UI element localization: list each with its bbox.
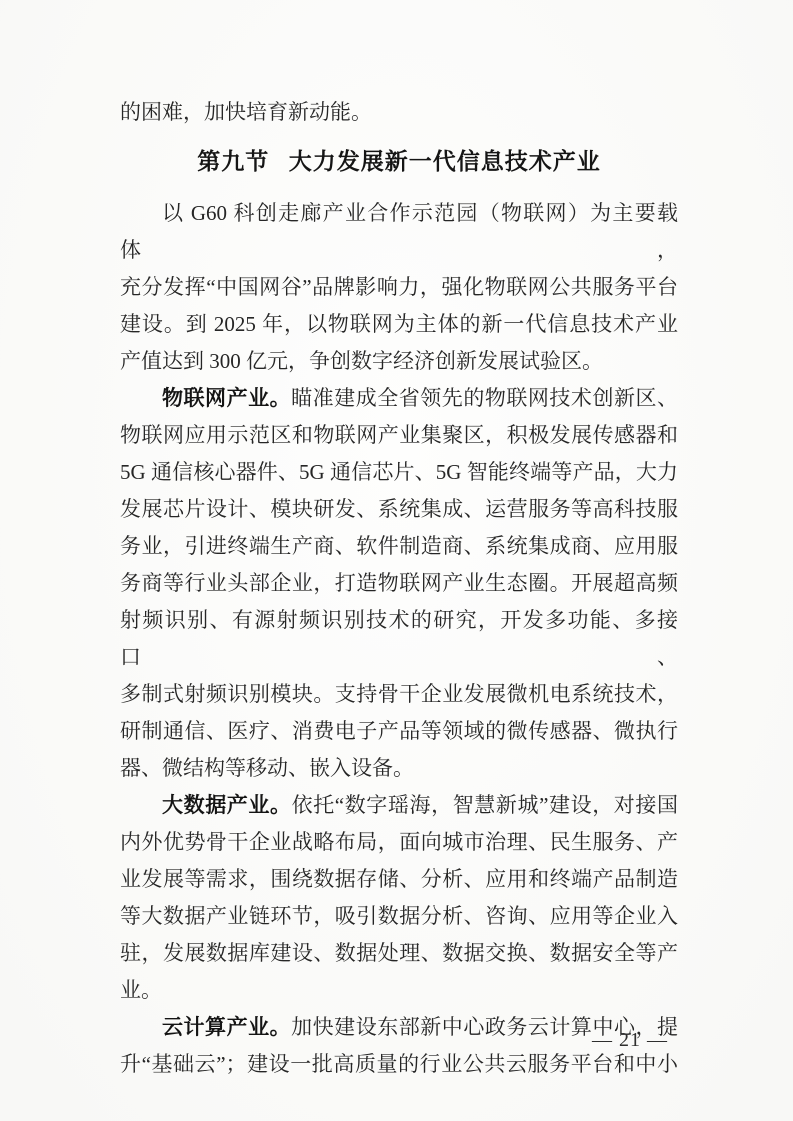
scanned-page: 的困难，加快培育新动能。 第九节大力发展新一代信息技术产业 以 G60 科创走廊…: [0, 0, 793, 1121]
body-line: 等大数据产业链环节，吸引数据分析、咨询、应用等企业入: [120, 898, 678, 935]
body-line: 射频识别、有源射频识别技术的研究，开发多功能、多接口、: [120, 602, 678, 676]
paragraph-lead: 云计算产业。: [162, 1016, 291, 1039]
body-line: 建设。到 2025 年，以物联网为主体的新一代信息技术产业: [120, 306, 678, 343]
paragraph-iot: 物联网产业。瞄准建成全省领先的物联网技术创新区、 物联网应用示范区和物联网产业集…: [120, 380, 678, 787]
page-number: — 21 —: [592, 1028, 678, 1052]
paragraph-lead: 物联网产业。: [162, 387, 291, 410]
section-number: 第九节: [197, 148, 269, 174]
body-line: 充分发挥“中国网谷”品牌影响力，强化物联网公共服务平台: [120, 269, 678, 306]
body-line: 产值达到 300 亿元，争创数字经济创新发展试验区。: [120, 343, 678, 380]
body-line: 物联网产业。瞄准建成全省领先的物联网技术创新区、: [120, 380, 678, 417]
body-line: 5G 通信核心器件、5G 通信芯片、5G 智能终端等产品，大力: [120, 454, 678, 491]
body-line-text: 依托“数字瑶海，智慧新城”建设，对接国: [292, 793, 678, 817]
paragraph-bigdata: 大数据产业。依托“数字瑶海，智慧新城”建设，对接国 内外优势骨干企业战略布局，面…: [120, 787, 678, 1009]
body-line: 以 G60 科创走廊产业合作示范园（物联网）为主要载体，: [120, 195, 678, 269]
opening-line: 的困难，加快培育新动能。: [120, 94, 678, 131]
body-line: 务商等行业头部企业，打造物联网产业生态圈。开展超高频: [120, 565, 678, 602]
body-line-text: 瞄准建成全省领先的物联网技术创新区、: [291, 386, 678, 410]
body-line: 业发展等需求，围绕数据存储、分析、应用和终端产品制造: [120, 861, 678, 898]
body-line: 大数据产业。依托“数字瑶海，智慧新城”建设，对接国: [120, 787, 678, 824]
section-title: 大力发展新一代信息技术产业: [289, 148, 601, 174]
body-line: 业。: [120, 972, 678, 1009]
body-line: 研制通信、医疗、消费电子产品等领域的微传感器、微执行: [120, 713, 678, 750]
section-heading: 第九节大力发展新一代信息技术产业: [120, 142, 678, 180]
body-line: 驻，发展数据库建设、数据处理、数据交换、数据安全等产: [120, 935, 678, 972]
body-line: 多制式射频识别模块。支持骨干企业发展微机电系统技术，: [120, 676, 678, 713]
body-line: 器、微结构等移动、嵌入设备。: [120, 750, 678, 787]
body-line-text: 以 G60 科创走廊产业合作示范园（物联网）为主要载体，: [120, 201, 678, 262]
paragraph-intro: 以 G60 科创走廊产业合作示范园（物联网）为主要载体， 充分发挥“中国网谷”品…: [120, 195, 678, 380]
body-line: 内外优势骨干企业战略布局，面向城市治理、民生服务、产: [120, 824, 678, 861]
paragraph-lead: 大数据产业。: [162, 794, 292, 817]
page-content: 的困难，加快培育新动能。 第九节大力发展新一代信息技术产业 以 G60 科创走廊…: [120, 94, 678, 1083]
body-line: 务业，引进终端生产商、软件制造商、系统集成商、应用服: [120, 528, 678, 565]
body-line: 物联网应用示范区和物联网产业集聚区，积极发展传感器和: [120, 417, 678, 454]
body-line: 发展芯片设计、模块研发、系统集成、运营服务等高科技服: [120, 491, 678, 528]
